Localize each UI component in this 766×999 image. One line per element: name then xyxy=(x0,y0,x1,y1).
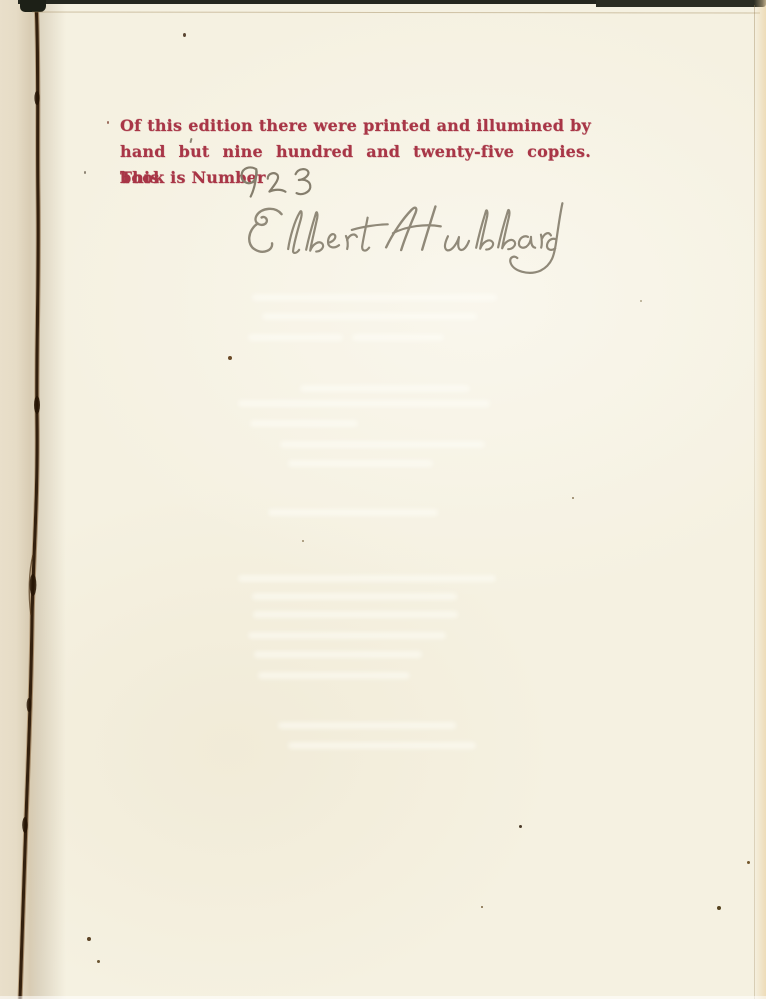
scanned-book-page: Of this edition there were printed and i… xyxy=(0,0,766,999)
binding-crease xyxy=(0,0,80,999)
right-edge-line xyxy=(754,5,755,999)
limitation-line-1: Of this edition there were printed and i… xyxy=(120,113,591,139)
top-right-edge-shadow xyxy=(596,0,766,7)
top-gutter-edge-blob xyxy=(20,0,46,12)
limitation-notice: Of this edition there were printed and i… xyxy=(120,113,591,191)
right-page-edge xyxy=(754,0,766,999)
limitation-line-3: book is Number xyxy=(120,165,591,191)
signature-elbert-hubbard xyxy=(239,194,570,285)
top-crease-line xyxy=(32,11,760,13)
